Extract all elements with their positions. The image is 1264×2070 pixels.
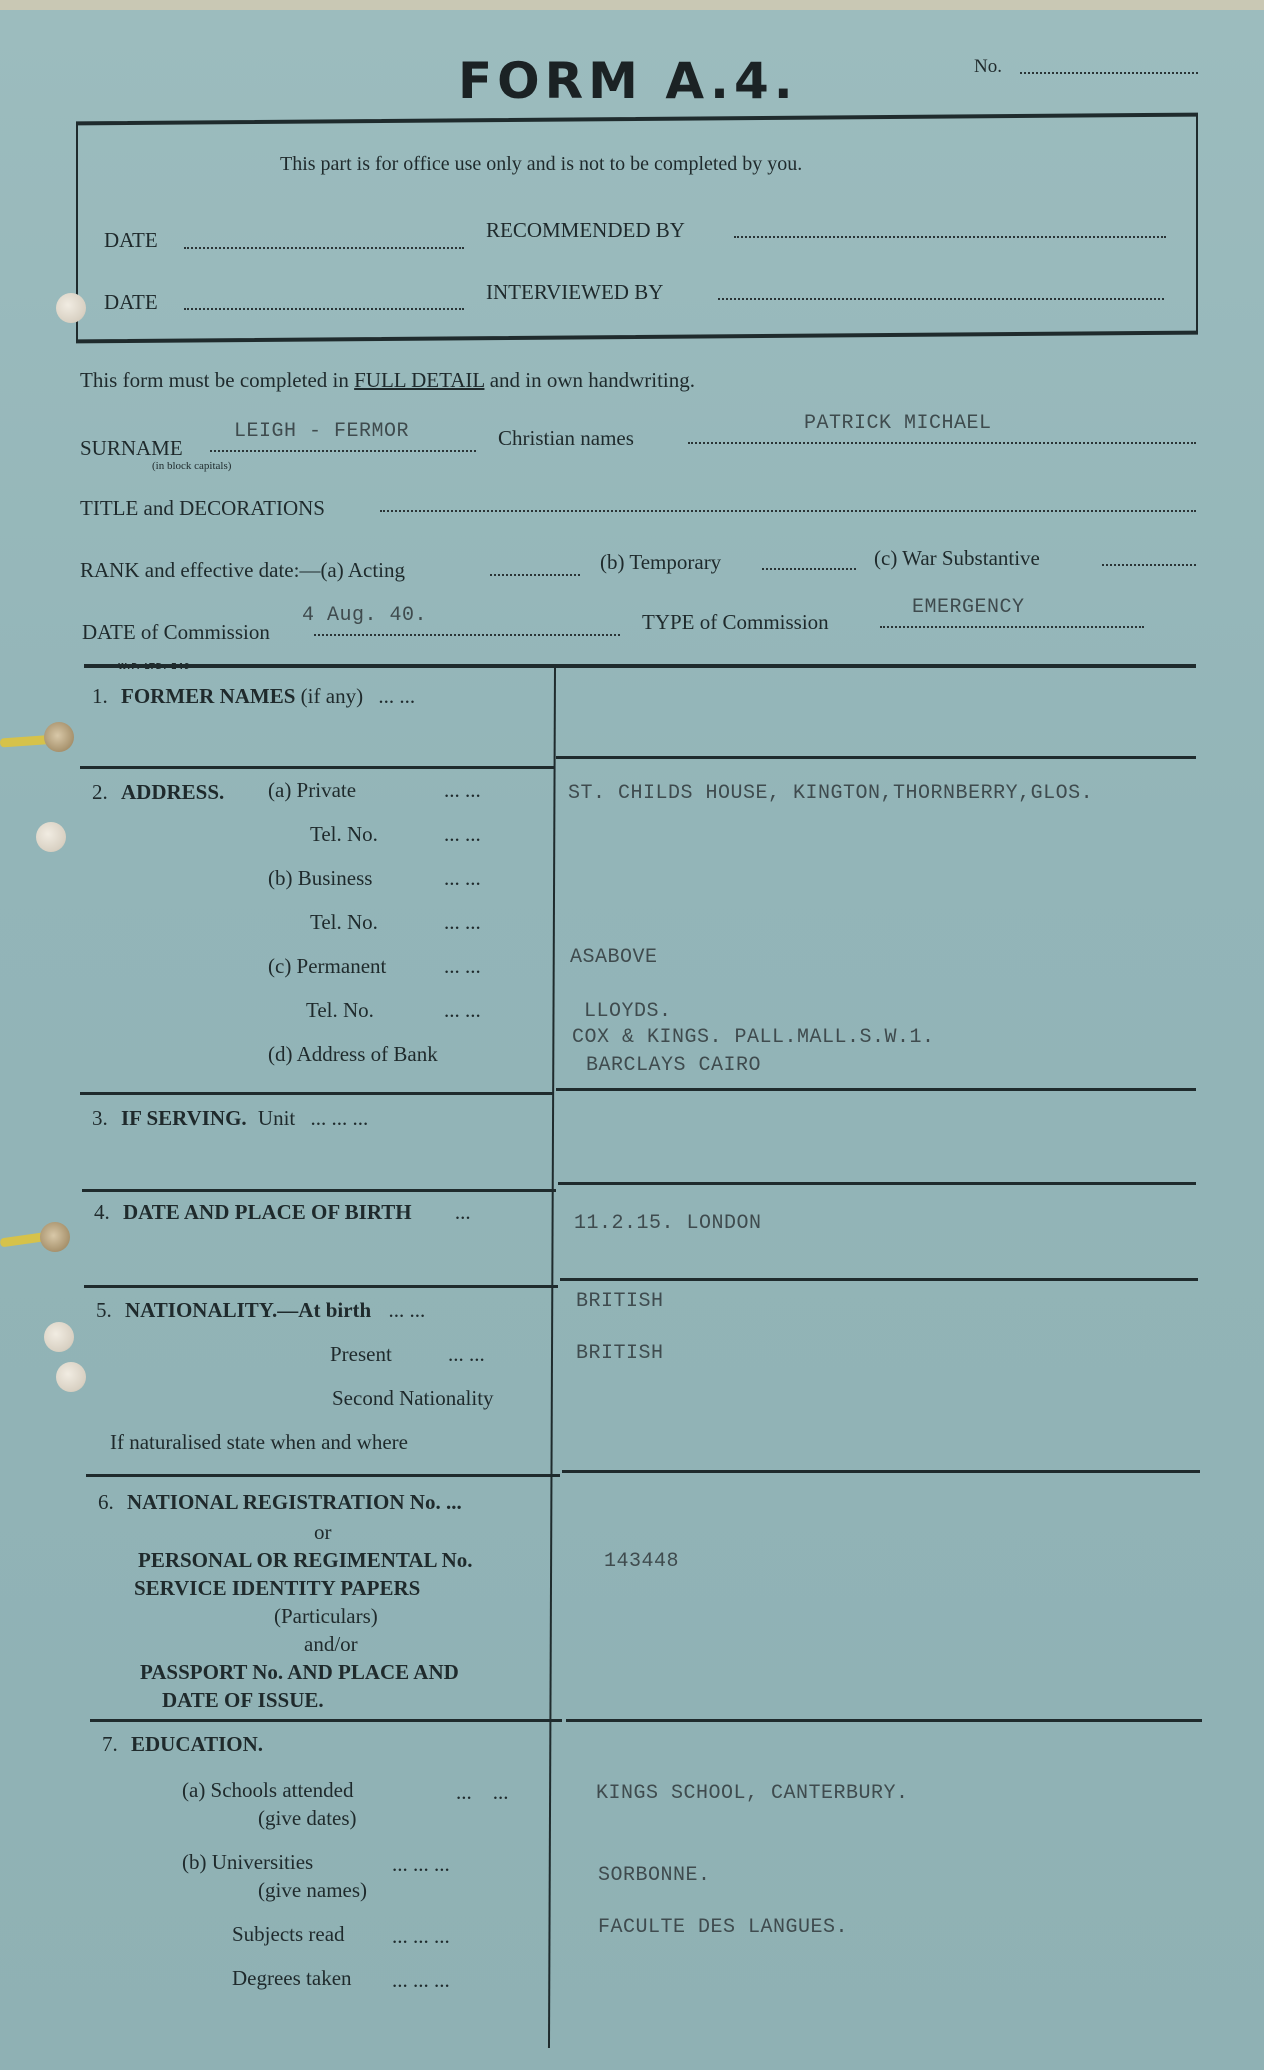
address-tel2-label: Tel. No. — [310, 910, 378, 935]
second-nationality-label: Second Nationality — [332, 1386, 494, 1411]
surname-field[interactable] — [210, 450, 476, 452]
address-tel1-label: Tel. No. — [310, 822, 378, 847]
punch-hole-3 — [36, 822, 66, 852]
commission-date-value: 4 Aug. 40. — [302, 604, 427, 627]
schools-attended-label: (a) Schools attended — [182, 1778, 353, 1803]
recommended-by-label: RECOMMENDED BY — [486, 218, 685, 243]
s6-national-registration: NATIONAL REGISTRATION No. ... — [127, 1490, 462, 1514]
rank-temporary-label: (b) Temporary — [600, 550, 721, 575]
s3-leader-dots: ... ... ... — [311, 1106, 369, 1130]
commission-type-value: EMERGENCY — [912, 596, 1025, 619]
s6-or: or — [314, 1520, 332, 1545]
registration-number-value[interactable]: 143448 — [604, 1550, 679, 1573]
rule-s3-left — [82, 1189, 556, 1192]
christian-names-label: Christian names — [498, 426, 634, 451]
form-number-label: No. — [974, 56, 1002, 78]
title-decorations-label: TITLE and DECORATIONS — [80, 496, 325, 521]
rule-s3-right — [558, 1182, 1196, 1185]
punch-hole-4 — [40, 1222, 70, 1252]
rule-s2-right — [556, 1088, 1196, 1091]
universities-dots: ... ... ... — [392, 1852, 450, 1877]
commission-type-label: TYPE of Commission — [642, 610, 829, 635]
degrees-taken-label: Degrees taken — [232, 1966, 352, 1991]
office-date-label-2: DATE — [104, 290, 158, 315]
former-names-field[interactable] — [560, 672, 1196, 756]
rank-war-substantive-label: (c) War Substantive — [874, 546, 1040, 571]
surname-value: LEIGH - FERMOR — [234, 420, 409, 443]
rule-s1-left — [80, 766, 554, 769]
address-business-label: (b) Business — [268, 866, 372, 891]
s5-number: 5. — [96, 1298, 112, 1322]
s4-label: 4. DATE AND PLACE OF BIRTH ... — [94, 1200, 471, 1225]
christian-names-field[interactable] — [688, 442, 1196, 444]
s6-number: 6. — [98, 1490, 114, 1514]
surname-label: SURNAME — [80, 436, 183, 461]
address-bank-label: (d) Address of Bank — [268, 1042, 438, 1067]
address-tel1-dots: ... ... — [444, 822, 481, 847]
table-column-divider — [548, 668, 556, 2048]
s5-leader-dots: ... ... — [388, 1298, 425, 1322]
office-date-field-1[interactable] — [184, 247, 464, 249]
s5-label: 5. NATIONALITY.—At birth ... ... — [96, 1298, 425, 1323]
subjects-read-label: Subjects read — [232, 1922, 345, 1947]
s2-label: 2. ADDRESS. — [92, 780, 224, 805]
address-permanent-dots: ... ... — [444, 954, 481, 979]
universities-value[interactable]: SORBONNE. — [598, 1864, 711, 1887]
s7-number: 7. — [102, 1732, 118, 1756]
form-number-field[interactable] — [1020, 72, 1198, 74]
degrees-taken-dots: ... ... ... — [392, 1968, 450, 1993]
title-decorations-field[interactable] — [380, 510, 1196, 512]
rule-s6-right — [566, 1719, 1202, 1722]
birth-date-place-value[interactable]: 11.2.15. LONDON — [574, 1212, 762, 1235]
s4-title: DATE AND PLACE OF BIRTH — [123, 1200, 412, 1224]
address-private-dots: ... ... — [444, 778, 481, 803]
s6-personal-regimental: PERSONAL OR REGIMENTAL No. — [138, 1548, 473, 1573]
s4-leader-dots: ... — [455, 1200, 471, 1224]
table-top-rule — [84, 664, 1196, 668]
rank-acting-label: RANK and effective date:—(a) Acting — [80, 558, 405, 583]
completion-instruction: This form must be completed in FULL DETA… — [80, 368, 695, 393]
bank-line-2[interactable]: COX & KINGS. PALL.MALL.S.W.1. — [572, 1026, 935, 1049]
nationality-present-value[interactable]: BRITISH — [576, 1342, 664, 1365]
address-business-dots: ... ... — [444, 866, 481, 891]
s7-title: EDUCATION. — [131, 1732, 263, 1756]
s6-passport: PASSPORT No. AND PLACE AND — [140, 1660, 459, 1685]
office-date-label-1: DATE — [104, 228, 158, 253]
nationality-birth-value[interactable]: BRITISH — [576, 1290, 664, 1313]
s1-label: 1. FORMER NAMES (if any) ... ... — [92, 684, 415, 709]
serving-unit-field[interactable] — [560, 1094, 1196, 1182]
address-permanent-label: (c) Permanent — [268, 954, 386, 979]
s6-label-line1: 6. NATIONAL REGISTRATION No. ... — [98, 1490, 462, 1515]
rule-s4-left — [84, 1285, 558, 1288]
rank-temporary-field[interactable] — [762, 568, 856, 570]
schools-attended-value[interactable]: KINGS SCHOOL, CANTERBURY. — [596, 1782, 909, 1805]
universities-hint: (give names) — [258, 1878, 367, 1903]
naturalised-label: If naturalised state when and where — [110, 1430, 408, 1455]
s1-leader-dots: ... ... — [378, 684, 415, 708]
form-title: FORM A.4. — [458, 52, 798, 110]
commission-type-field[interactable] — [880, 626, 1144, 628]
s3-label: 3. IF SERVING. Unit ... ... ... — [92, 1106, 368, 1131]
rule-s2-left — [80, 1092, 554, 1095]
rule-s5-right — [562, 1470, 1200, 1473]
punch-hole-1 — [56, 293, 86, 323]
s6-and-or: and/or — [304, 1632, 358, 1657]
s2-title: ADDRESS. — [121, 780, 224, 804]
bank-line-1[interactable]: LLOYDS. — [584, 1000, 672, 1023]
s3-title: IF SERVING. — [121, 1106, 247, 1130]
commission-date-label: DATE of Commission — [82, 620, 270, 645]
office-use-notice: This part is for office use only and is … — [280, 153, 802, 176]
punch-hole-6 — [56, 1362, 86, 1392]
instruction-prefix: This form must be completed in — [80, 368, 349, 392]
interviewed-by-label: INTERVIEWED BY — [486, 280, 663, 305]
s3-number: 3. — [92, 1106, 108, 1130]
s3-unit-label: Unit — [258, 1106, 295, 1130]
punch-hole-5 — [44, 1322, 74, 1352]
rank-war-substantive-field[interactable] — [1102, 564, 1196, 566]
universities-label: (b) Universities — [182, 1850, 313, 1875]
s6-service-identity-papers: SERVICE IDENTITY PAPERS — [134, 1576, 420, 1601]
address-tel3-dots: ... ... — [444, 998, 481, 1023]
christian-names-value: PATRICK MICHAEL — [804, 412, 992, 435]
nationality-present-label: Present — [330, 1342, 392, 1367]
address-tel3-label: Tel. No. — [306, 998, 374, 1023]
rule-s4-right — [560, 1278, 1198, 1281]
page-top-edge — [0, 0, 1264, 10]
rule-s1-right — [556, 756, 1196, 759]
bank-line-3[interactable]: BARCLAYS CAIRO — [586, 1054, 761, 1077]
instruction-emphasis: FULL DETAIL — [354, 368, 484, 392]
interviewed-by-field[interactable] — [718, 298, 1164, 300]
rank-acting-field[interactable] — [490, 574, 580, 576]
schools-attended-dots: ... ... — [456, 1780, 509, 1805]
s6-date-of-issue: DATE OF ISSUE. — [162, 1688, 324, 1713]
subjects-read-value[interactable]: FACULTE DES LANGUES. — [598, 1916, 848, 1939]
office-date-field-2[interactable] — [184, 308, 464, 310]
s2-number: 2. — [92, 780, 108, 804]
address-tel2-dots: ... ... — [444, 910, 481, 935]
form-a4-page: FORM A.4. No. This part is for office us… — [0, 0, 1264, 2070]
s1-number: 1. — [92, 684, 108, 708]
address-private-label: (a) Private — [268, 778, 356, 803]
s6-particulars: (Particulars) — [274, 1604, 378, 1629]
rule-s5-left — [86, 1474, 560, 1477]
surname-hint: (in block capitals) — [152, 460, 231, 472]
instruction-suffix: and in own handwriting. — [490, 368, 695, 392]
address-private-value[interactable]: ST. CHILDS HOUSE, KINGTON,THORNBERRY,GLO… — [568, 782, 1093, 805]
address-permanent-value[interactable]: ASABOVE — [570, 946, 658, 969]
subjects-read-dots: ... ... ... — [392, 1924, 450, 1949]
s7-label: 7. EDUCATION. — [102, 1732, 263, 1757]
recommended-by-field[interactable] — [734, 236, 1166, 238]
punch-hole-2 — [44, 722, 74, 752]
nationality-present-dots: ... ... — [448, 1342, 485, 1367]
rule-s6-left — [90, 1719, 562, 1722]
s4-number: 4. — [94, 1200, 110, 1224]
s5-title: NATIONALITY.—At birth — [125, 1298, 371, 1322]
s1-title: FORMER NAMES — [121, 684, 295, 708]
s1-suffix: (if any) — [301, 684, 363, 708]
schools-attended-hint: (give dates) — [258, 1806, 357, 1831]
commission-date-field[interactable] — [314, 634, 620, 636]
